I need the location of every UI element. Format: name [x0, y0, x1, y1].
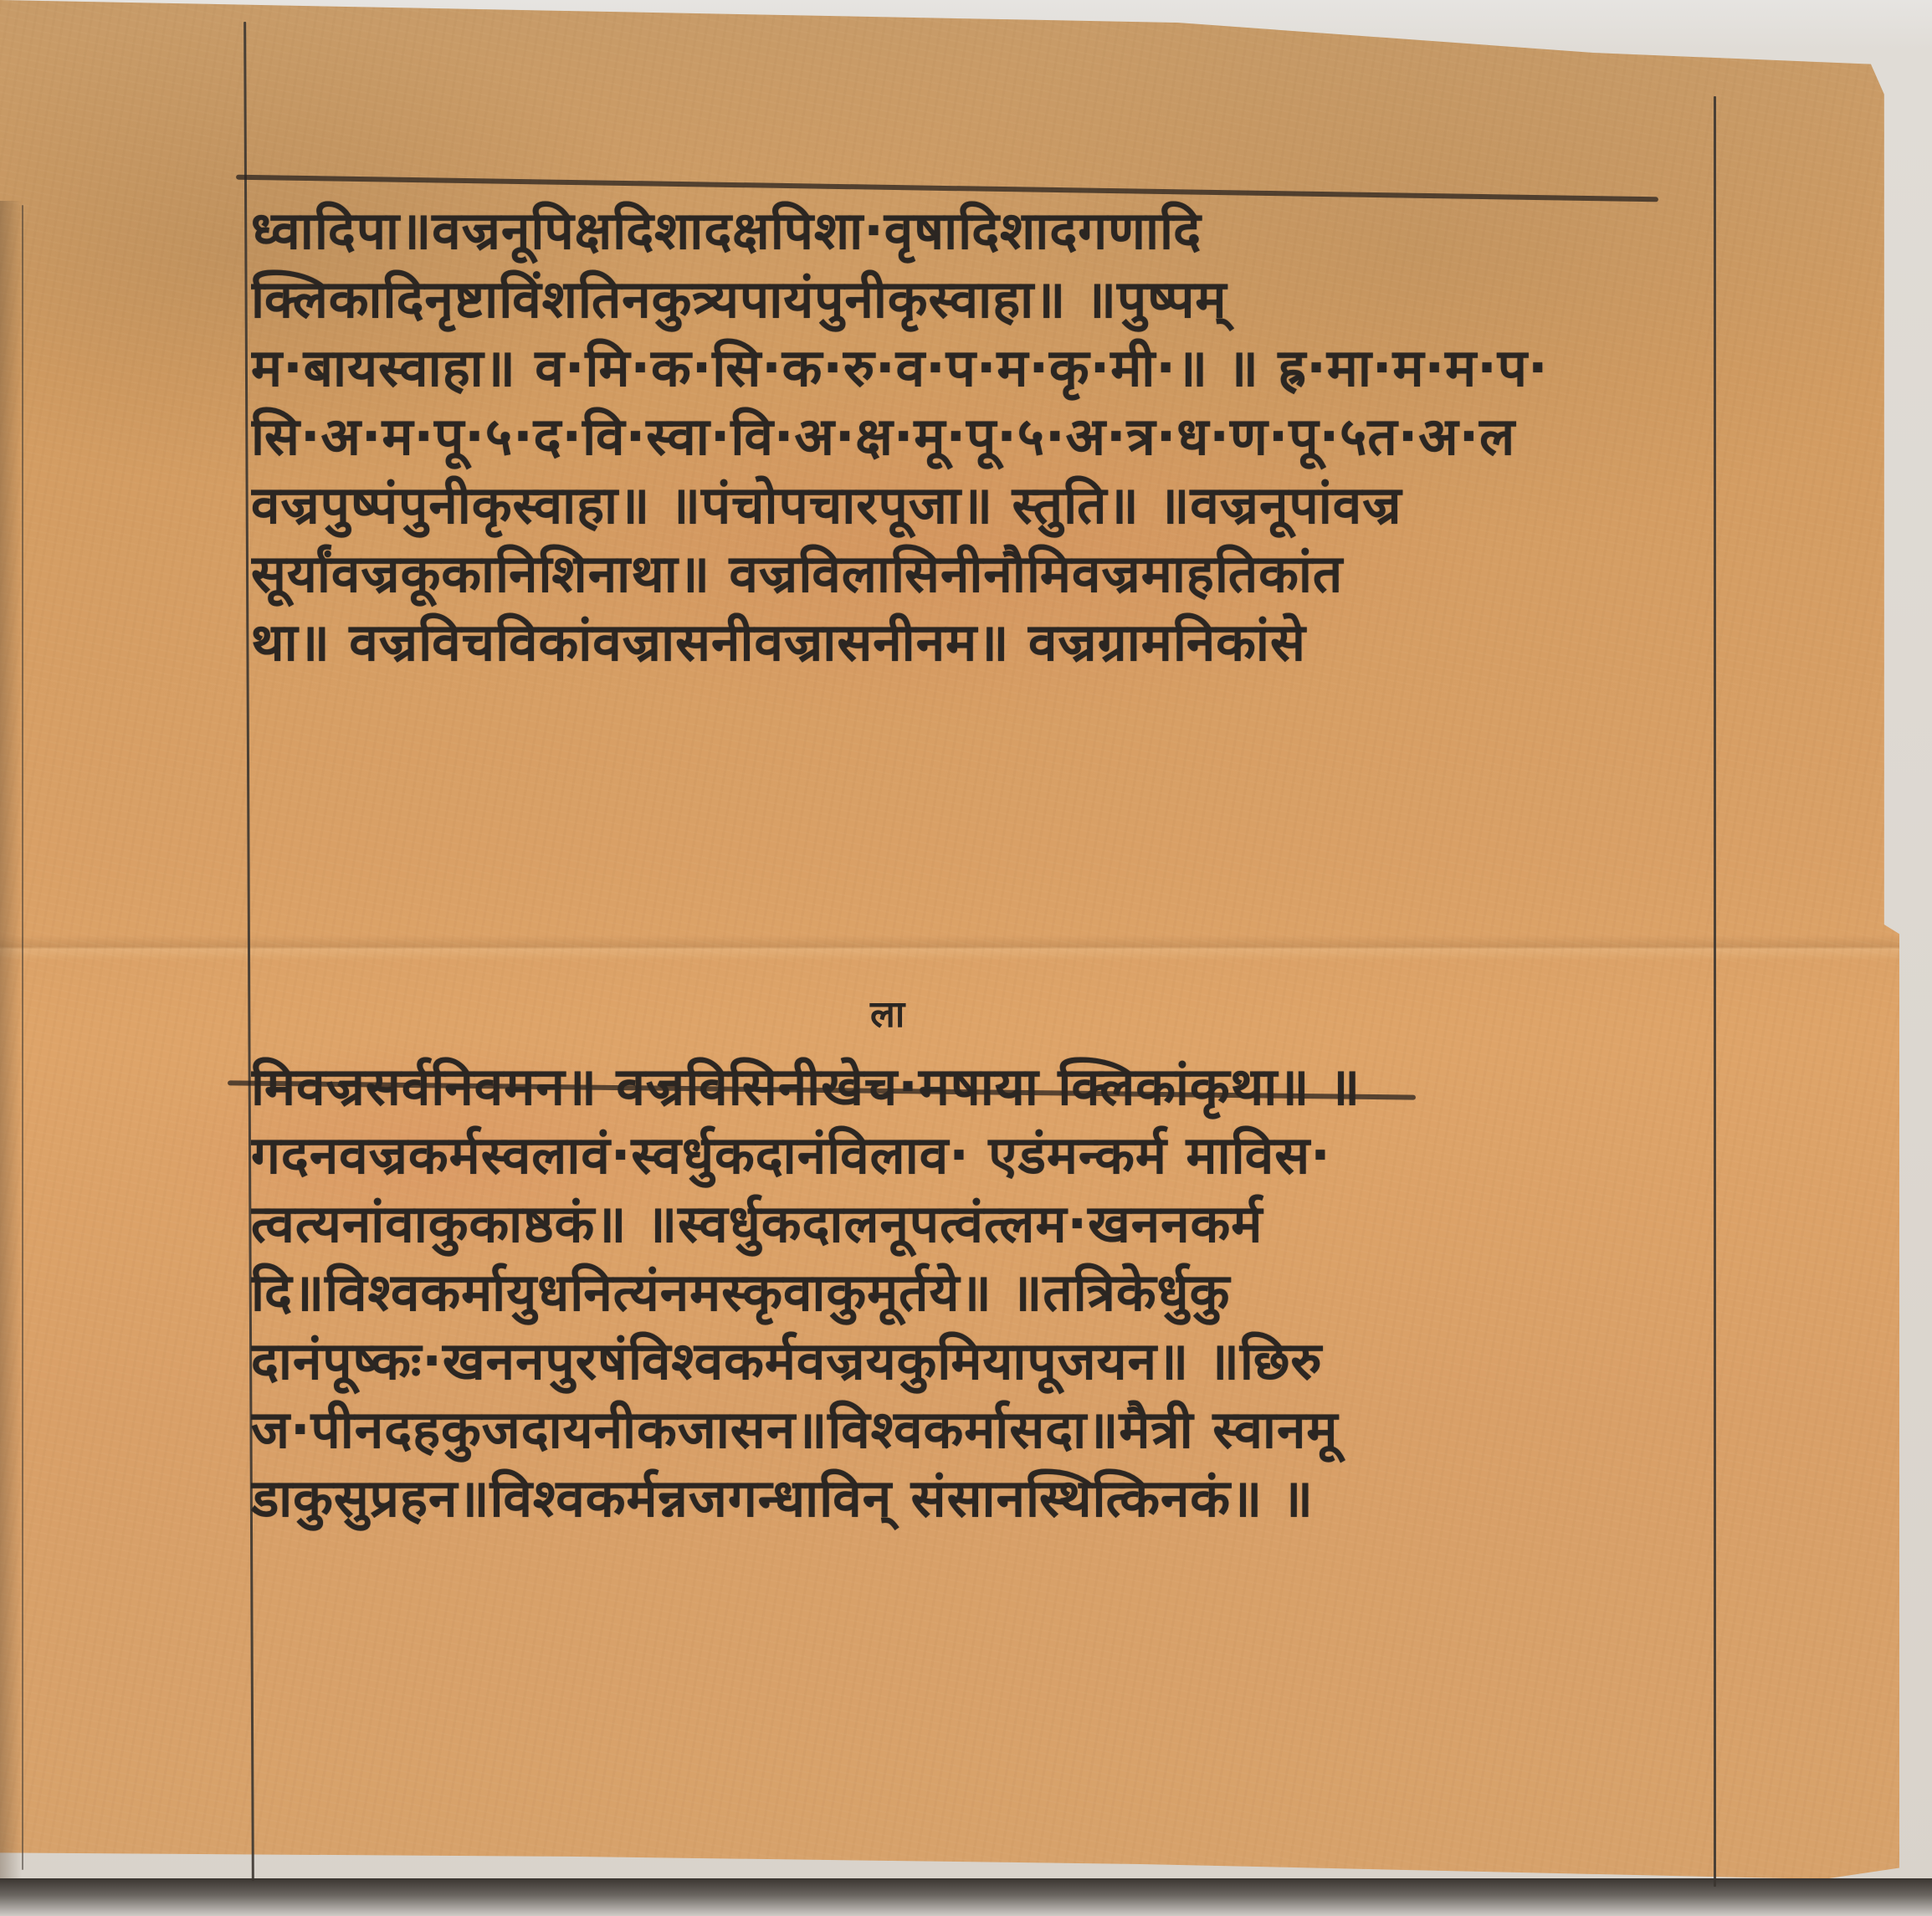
folio-mark: ला — [870, 987, 905, 1037]
text-line: डाकुसुप्रहन॥विश्वकर्मन्नजगन्धाविन् संसान… — [251, 1464, 1699, 1533]
text-line: ध्वादिपा॥वज्रनूपिक्षदिशादक्षपिशा·वृषादिश… — [251, 197, 1699, 265]
upper-leaf-text: ध्वादिपा॥वज्रनूपिक्षदिशादक्षपिशा·वृषादिश… — [251, 197, 1699, 677]
text-line: गदनवज्रकर्मस्वलावं·स्वर्धुकदानंविलाव· एड… — [251, 1121, 1699, 1190]
text-line: था॥ वज्रविचविकांवज्रासनीवज्रासनीनम॥ वज्र… — [251, 608, 1699, 677]
text-line: म·बायस्वाहा॥ व·मि·क·सि·क·रु·व·प·म·कृ·मी·… — [251, 334, 1699, 402]
text-line: सूर्यांवज्रकूकानिशिनाथा॥ वज्रविलासिनीनौम… — [251, 540, 1699, 608]
paper-left-edge — [0, 201, 22, 1883]
right-margin-rule — [1714, 96, 1716, 1887]
text-line: दानंपूष्कः·खननपुरषंविश्वकर्मवज्रयकुमियाप… — [251, 1327, 1699, 1396]
text-line: त्वत्यनांवाकुकाष्ठकं॥ ॥स्वर्धुकदालनूपत्व… — [251, 1190, 1699, 1258]
left-outer-rule — [22, 205, 23, 1870]
lower-leaf-text: मिवज्रसर्वनिवमन॥ वज्रविसिनीखेच·मषाया क्ल… — [251, 1053, 1699, 1533]
text-line: वज्रपुष्पंपुनीकृस्वाहा॥ ॥पंचोपचारपूजा॥ स… — [251, 471, 1699, 540]
paper-bottom-edge — [0, 1878, 1932, 1916]
text-line: क्लिकादिनृष्टाविंशतिनकुत्र्यपायंपुनीकृस्… — [251, 265, 1699, 334]
page-fold — [0, 935, 1899, 961]
text-line: सि·अ·म·पू·५·द·वि·स्वा·वि·अ·क्ष·मू·पू·५·अ… — [251, 402, 1699, 471]
text-line: ज·पीनदहकुजदायनीकजासन॥विश्वकर्मासदा॥मैत्र… — [251, 1396, 1699, 1464]
text-line: मिवज्रसर्वनिवमन॥ वज्रविसिनीखेच·मषाया क्ल… — [251, 1053, 1699, 1121]
text-line: दि॥विश्वकर्मायुधनित्यंनमस्कृवाकुमूर्तये॥… — [251, 1258, 1699, 1327]
